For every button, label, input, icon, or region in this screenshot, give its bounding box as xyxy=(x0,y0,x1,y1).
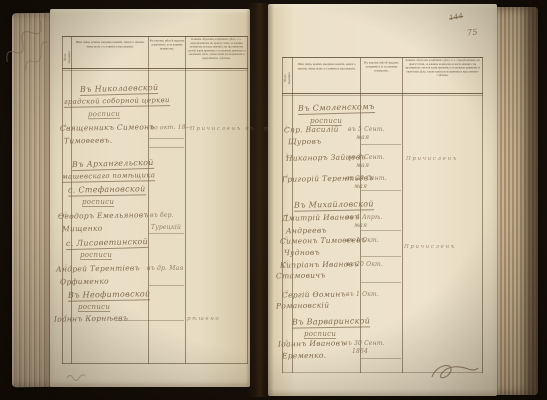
date-cell-rule xyxy=(149,285,184,286)
entry-date: мая xyxy=(354,183,367,190)
entry-date: въ 5 Сент. xyxy=(348,126,385,133)
date-cell-rule xyxy=(361,256,401,257)
parish-heading: с. Лисаветинской xyxy=(66,237,148,250)
parish-heading: градской соборной церкви xyxy=(64,96,170,108)
entry-name: Еременко. xyxy=(282,351,327,361)
parish-heading: Въ Михайловской xyxy=(294,199,374,211)
column-header-names: Имя лицъ коимъ выданы книги, какого зван… xyxy=(293,62,360,71)
date-cell-rule xyxy=(361,230,401,231)
parish-heading: Въ Варваринской xyxy=(292,316,370,328)
column-header-names: Имя лицъ коимъ выданы книги, какого зван… xyxy=(72,40,148,49)
entry-name: Щуровъ xyxy=(288,137,322,147)
entry-date: въ бер. xyxy=(150,212,174,219)
column-header-order-no: № по порядку. xyxy=(283,68,291,88)
entry-date: въ 8 Сент. xyxy=(348,154,385,161)
entry-name: Стамовичъ xyxy=(276,271,326,281)
entry-name: Ѳеодоръ Емельяновъ xyxy=(58,210,149,221)
entry-note: Причисленъ xyxy=(404,244,456,250)
entry-date: въ 20 Окт. xyxy=(346,261,383,268)
entry-date: въ 29 Сент. xyxy=(346,175,387,182)
column-header-resolution: Какимъ образомъ разрѣшено дѣло, т. е. оп… xyxy=(186,38,247,61)
folio-number-crossed: 144 xyxy=(448,12,463,22)
entry-date: 1864 xyxy=(352,348,368,355)
register-subheading: росписи xyxy=(304,330,336,339)
parish-heading: Въ Николаевской xyxy=(80,83,159,96)
parish-heading: с. Стефановской xyxy=(68,184,146,196)
parish-heading: Въ Смоленскомъ xyxy=(298,102,375,115)
table-border-bottom xyxy=(62,363,248,364)
entry-name: Мищенко xyxy=(62,224,103,234)
entry-date: мая xyxy=(356,162,369,169)
ink-mark xyxy=(66,372,88,382)
entry-name: Андреевъ xyxy=(286,226,327,236)
header-rule-2 xyxy=(282,95,483,96)
entry-name: Романовскій xyxy=(276,301,329,311)
header-rule xyxy=(62,68,248,69)
table-border-right xyxy=(482,57,483,373)
column-header-order-no: № по порядку. xyxy=(63,47,71,67)
entry-date: мая xyxy=(356,134,369,141)
column-header-place: Въ какомъ мѣстѣ выданъ документъ и за ка… xyxy=(149,39,185,51)
column-header-resolution: Какимъ образомъ разрѣшено дѣло, т. е. оп… xyxy=(403,59,482,78)
entry-name: Чудновъ xyxy=(284,248,320,258)
entry-date: мая xyxy=(354,222,367,229)
table-border-top xyxy=(282,57,483,58)
entry-name: Тимоѳеевъ. xyxy=(64,136,112,146)
left-page: № по порядку. Имя лицъ коимъ выданы книг… xyxy=(50,9,250,387)
entry-name: Іоаннъ Ивановъ xyxy=(278,338,346,348)
entry-name: Іоаннъ Корнѣевъ xyxy=(54,313,128,323)
entry-date: Турецкій xyxy=(151,224,181,231)
column-header-place: Въ какомъ мѣстѣ выданъ документъ и за ка… xyxy=(361,61,402,73)
right-page: 144 75 № по порядку. Имя лицъ коимъ выда… xyxy=(268,4,497,396)
entry-name: Орфименко xyxy=(60,277,109,287)
date-cell-rule xyxy=(149,138,184,139)
header-rule-2 xyxy=(62,70,248,71)
parish-heading: машевскаго помѣщика xyxy=(62,171,156,183)
entry-name: Священникъ Симеонъ xyxy=(60,122,155,133)
entry-date: въ 1 Окт. xyxy=(346,291,379,298)
entry-name: Сергій Ѳоминъ xyxy=(282,289,346,299)
register-subheading: росписи xyxy=(88,110,120,120)
date-cell-rule xyxy=(149,233,184,234)
entry-name: Андрей Терентіевъ xyxy=(56,263,140,273)
column-line xyxy=(402,57,403,373)
parish-heading: Въ Архангельской xyxy=(72,158,154,171)
date-cell-rule xyxy=(361,190,401,191)
entry-date: въ 1 Окт. xyxy=(346,237,379,244)
date-cell-rule xyxy=(361,144,401,145)
date-cell-rule xyxy=(149,147,184,148)
photo-background: № по порядку. Имя лицъ коимъ выданы книг… xyxy=(0,0,547,400)
header-rule xyxy=(282,93,483,94)
entry-name: Спр. Василій xyxy=(284,125,339,135)
entry-date: въ др. Мая xyxy=(147,265,184,272)
register-subheading: росписи xyxy=(80,251,112,260)
register-subheading: росписи xyxy=(82,198,114,207)
entry-date: по окт. 18— xyxy=(150,124,192,132)
register-subheading: росписи xyxy=(78,303,110,312)
entry-date: въ 30 Сент. xyxy=(344,340,385,347)
date-cell-rule xyxy=(361,282,401,283)
entry-note: Причисленъ xyxy=(406,156,458,162)
signature-flourish xyxy=(428,360,480,386)
book-page-edges-right xyxy=(494,7,538,395)
table-border-top xyxy=(62,36,248,37)
entry-note: рѣшено xyxy=(187,316,220,322)
entry-date: въ 4 Апрѣ. xyxy=(346,214,383,221)
date-cell-rule xyxy=(361,358,401,359)
parish-heading: Въ Неофитовской xyxy=(68,289,151,301)
column-line xyxy=(185,36,186,364)
folio-number: 75 xyxy=(467,27,479,37)
entry-dash xyxy=(116,320,184,321)
book-gutter xyxy=(246,3,274,397)
